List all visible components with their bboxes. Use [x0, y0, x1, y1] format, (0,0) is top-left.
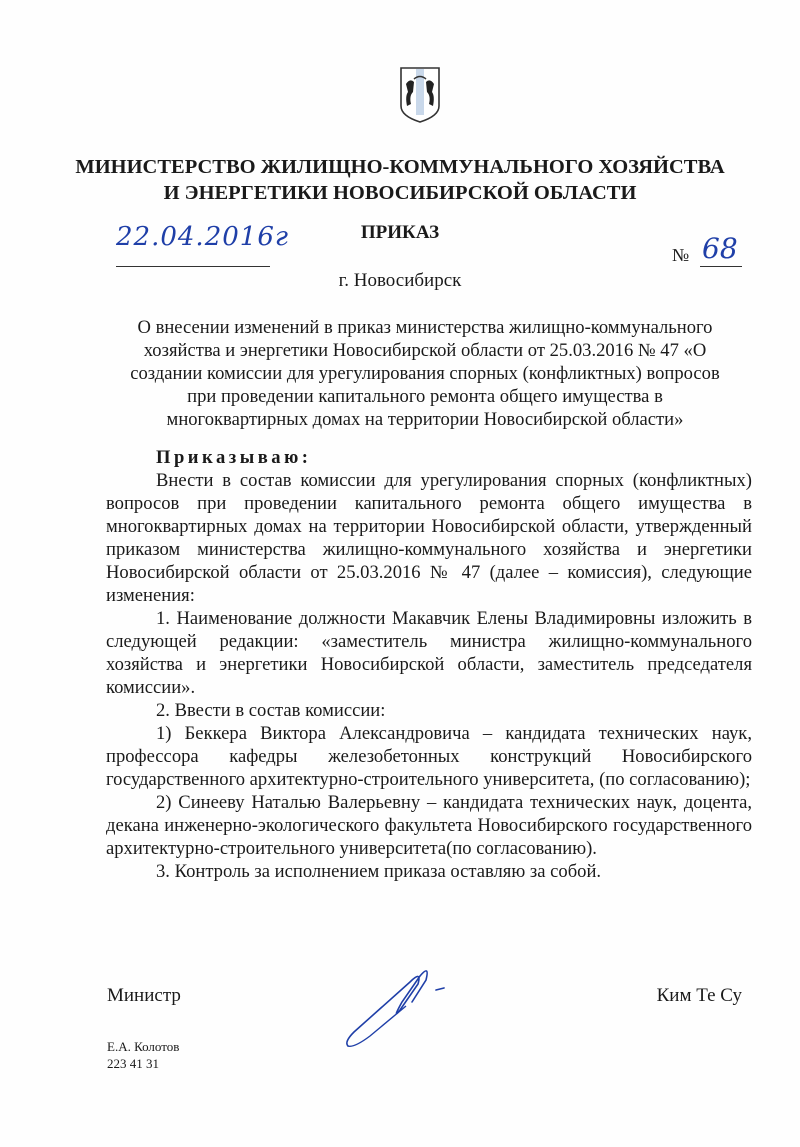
- executor-phone: 223 41 31: [107, 1055, 179, 1072]
- subject-line: создании комиссии для урегулирования спо…: [110, 362, 740, 385]
- number-sign: №: [672, 245, 689, 266]
- ministry-line-1: МИНИСТЕРСТВО ЖИЛИЩНО-КОММУНАЛЬНОГО ХОЗЯЙ…: [60, 154, 740, 180]
- item-1-paragraph: 1. Наименование должности Макавчик Елены…: [106, 607, 752, 699]
- handwritten-number: 68: [702, 232, 738, 265]
- order-directive-heading: Приказываю:: [106, 446, 752, 469]
- order-body: Приказываю: Внести в состав комиссии для…: [106, 446, 752, 883]
- coat-of-arms-icon: [398, 62, 442, 124]
- ministry-line-2: И ЭНЕРГЕТИКИ НОВОСИБИРСКОЙ ОБЛАСТИ: [60, 180, 740, 206]
- subject-line: О внесении изменений в приказ министерст…: [110, 316, 740, 339]
- executor-name: Е.А. Колотов: [107, 1038, 179, 1055]
- date-underline: [116, 266, 270, 267]
- ministry-name: МИНИСТЕРСТВО ЖИЛИЩНО-КОММУНАЛЬНОГО ХОЗЯЙ…: [60, 154, 740, 206]
- item-2-2-paragraph: 2) Синееву Наталью Валерьевну – кандидат…: [106, 791, 752, 860]
- item-3-paragraph: 3. Контроль за исполнением приказа остав…: [106, 860, 752, 883]
- number-underline: [700, 266, 742, 267]
- handwritten-signature-icon: [340, 962, 480, 1052]
- subject-line: при проведении капитального ремонта обще…: [110, 385, 740, 408]
- subject-line: многоквартирных домах на территории Ново…: [110, 408, 740, 431]
- executor-info: Е.А. Колотов 223 41 31: [107, 1038, 179, 1072]
- item-2-paragraph: 2. Ввести в состав комиссии:: [106, 699, 752, 722]
- signer-role: Министр: [107, 985, 181, 1007]
- item-2-1-paragraph: 1) Беккера Виктора Александровича – канд…: [106, 722, 752, 791]
- document-type-title: ПРИКАЗ: [0, 222, 800, 244]
- signer-name: Ким Те Су: [657, 985, 742, 1007]
- subject-line: хозяйства и энергетики Новосибирской обл…: [110, 339, 740, 362]
- intro-paragraph: Внести в состав комиссии для урегулирова…: [106, 469, 752, 607]
- city-label: г. Новосибирск: [0, 270, 800, 292]
- document-page: МИНИСТЕРСТВО ЖИЛИЩНО-КОММУНАЛЬНОГО ХОЗЯЙ…: [0, 0, 800, 1147]
- order-subject: О внесении изменений в приказ министерст…: [110, 316, 740, 431]
